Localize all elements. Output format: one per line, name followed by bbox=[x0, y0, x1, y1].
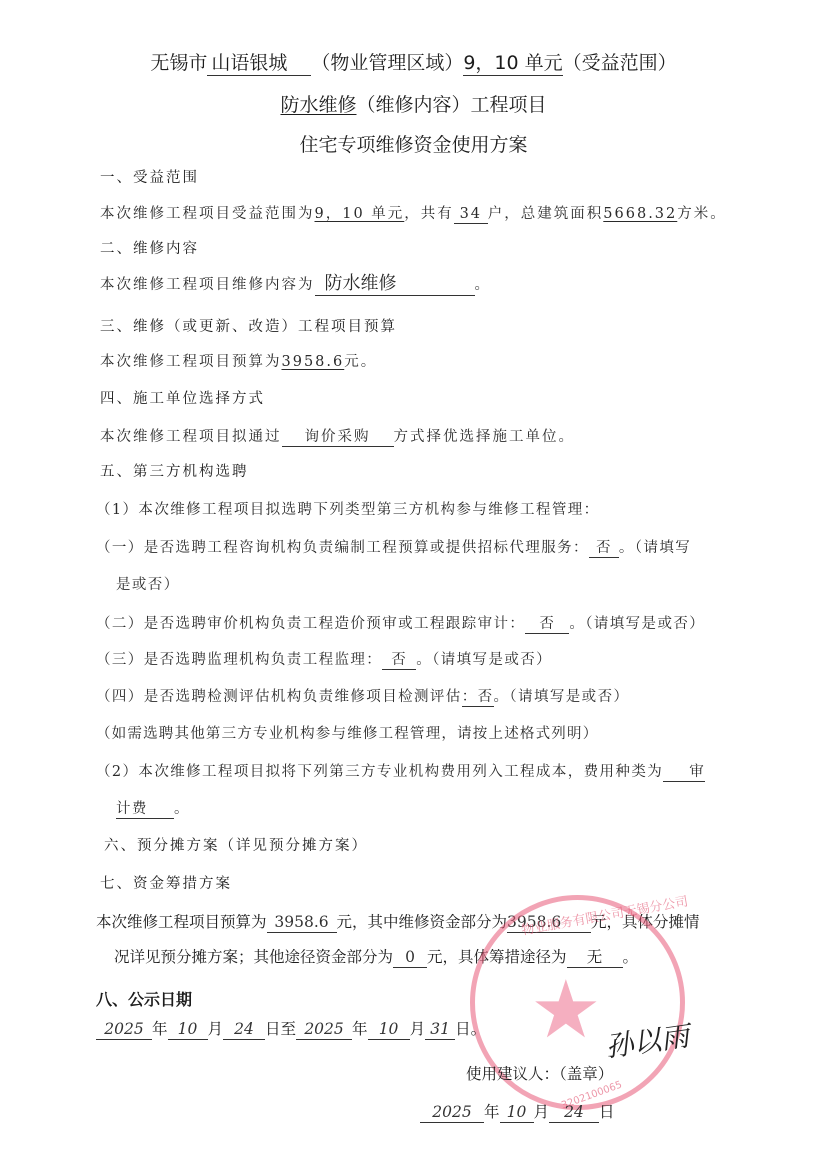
s7-line2-pre: 况详见预分摊方案；其他途径资金部分为 bbox=[114, 948, 393, 966]
q2-answer: 否 bbox=[525, 616, 569, 634]
sign-label-day: 日 bbox=[599, 1103, 615, 1121]
start-month: 10 bbox=[168, 1020, 208, 1040]
section-2-body: 本次维修工程项目维修内容为防水维修。 bbox=[100, 273, 491, 296]
q1-answer: 否 bbox=[589, 540, 619, 558]
q2-post: 。（请填写是或否） bbox=[569, 616, 705, 632]
item2-pre: （2）本次维修工程项目拟将下列第三方专业机构费用列入工程成本，费用种类为 bbox=[96, 764, 663, 780]
section-7-heading: 七、资金筹措方案 bbox=[100, 872, 232, 893]
s7-mid1: 元，其中维修资金部分为 bbox=[337, 913, 508, 931]
signer-label: 使用建议人：（盖章） bbox=[466, 1062, 613, 1084]
s1-mid1: ，共有 bbox=[404, 206, 454, 222]
s3-pre: 本次维修工程项目预算为 bbox=[100, 354, 282, 370]
sign-month: 10 bbox=[500, 1103, 534, 1123]
sign-label-month: 月 bbox=[534, 1103, 550, 1121]
section-4-body: 本次维修工程项目拟通过询价采购方式择优选择施工单位。 bbox=[100, 425, 575, 447]
s5-q2: （二）是否选聘审价机构负责工程造价预审或工程跟踪审计：否。（请填写是或否） bbox=[96, 612, 705, 634]
label-year: 年 bbox=[152, 1020, 168, 1038]
section-3-heading: 三、维修（或更新、改造）工程项目预算 bbox=[100, 315, 397, 336]
q1-pre: （一）是否选聘工程咨询机构负责编制工程预算或提供招标代理服务： bbox=[96, 540, 589, 556]
s7-budget: 3958.6 bbox=[267, 913, 337, 933]
end-month: 10 bbox=[368, 1020, 410, 1040]
s7-other-funds: 0 bbox=[393, 948, 427, 968]
s4-post: 方式择优选择施工单位。 bbox=[394, 429, 576, 445]
s2-content: 防水维修 bbox=[315, 273, 475, 296]
seal-star-icon: ★ bbox=[530, 970, 602, 1050]
signature-date: 2025年10月24日 bbox=[420, 1100, 615, 1123]
s5-item2-cont: 计费。 bbox=[116, 797, 190, 819]
item2-post: 。 bbox=[174, 801, 190, 817]
section-1-heading: 一、受益范围 bbox=[100, 166, 199, 187]
label-day-end: 日。 bbox=[455, 1020, 486, 1038]
s1-pre: 本次维修工程项目受益范围为 bbox=[100, 206, 315, 222]
sign-year: 2025 bbox=[420, 1103, 484, 1123]
document-title: 住宅专项维修资金使用方案 bbox=[0, 130, 827, 157]
label-day-to: 日至 bbox=[265, 1020, 296, 1038]
s1-households: 34 bbox=[454, 206, 488, 224]
q3-pre: （三）是否选聘监理机构负责工程监理： bbox=[96, 652, 382, 668]
benefit-label: （受益范围） bbox=[563, 52, 677, 74]
section-6-heading: 六、预分摊方案（详见预分摊方案） bbox=[104, 834, 368, 855]
q4-post: 。（请填写是或否） bbox=[494, 689, 630, 705]
end-year: 2025 bbox=[296, 1020, 352, 1040]
s5-q1-cont: 是或否） bbox=[116, 573, 180, 594]
sign-label-year: 年 bbox=[484, 1103, 500, 1121]
section-5-heading: 五、第三方机构选聘 bbox=[100, 460, 249, 481]
header-line-1: 无锡市山语银城（物业管理区域）9，10 单元（受益范围） bbox=[0, 48, 827, 76]
end-day: 31 bbox=[425, 1020, 455, 1040]
s2-post: 。 bbox=[475, 277, 492, 293]
item2-answer-part1: 审 bbox=[663, 764, 705, 782]
q1-post: 。（请填写 bbox=[619, 540, 691, 556]
s5-q3: （三）是否选聘监理机构负责工程监理：否。（请填写是或否） bbox=[96, 648, 552, 670]
s4-pre: 本次维修工程项目拟通过 bbox=[100, 429, 282, 445]
city-prefix: 无锡市 bbox=[150, 52, 207, 74]
property-name: 山语银城 bbox=[207, 52, 311, 76]
label-year-2: 年 bbox=[352, 1020, 368, 1038]
q2-pre: （二）是否选聘审价机构负责工程造价预审或工程跟踪审计： bbox=[96, 616, 525, 632]
s5-q4: （四）是否选聘检测评估机构负责维修项目检测评估：否。（请填写是或否） bbox=[96, 685, 629, 707]
s1-area: 5668.32 bbox=[603, 206, 677, 222]
repair-label: （维修内容）工程项目 bbox=[357, 94, 547, 116]
section-1-body: 本次维修工程项目受益范围为9，10 单元，共有34户，总建筑面积5668.32方… bbox=[100, 202, 727, 224]
item2-answer-part2: 计费 bbox=[116, 801, 174, 819]
q3-post: 。（请填写是或否） bbox=[416, 652, 552, 668]
s5-item2: （2）本次维修工程项目拟将下列第三方专业机构费用列入工程成本，费用种类为审 bbox=[96, 760, 705, 782]
section-2-heading: 二、维修内容 bbox=[100, 237, 199, 258]
start-day: 24 bbox=[223, 1020, 265, 1040]
s7-pre: 本次维修工程项目预算为 bbox=[96, 913, 267, 931]
s4-method: 询价采购 bbox=[282, 429, 394, 447]
s5-note: （如需选聘其他第三方专业机构参与维修工程管理，请按上述格式列明） bbox=[96, 722, 598, 743]
start-year: 2025 bbox=[96, 1020, 152, 1040]
doc-title: 住宅专项维修资金使用方案 bbox=[299, 134, 527, 156]
s1-mid2: 户，总建筑面积 bbox=[488, 206, 604, 222]
q4-pre: （四）是否选聘检测评估机构负责维修项目检测评估 bbox=[96, 689, 462, 705]
s3-budget: 3958.6 bbox=[282, 354, 345, 370]
section-3-body: 本次维修工程项目预算为3958.6元。 bbox=[100, 350, 377, 371]
property-label: （物业管理区域） bbox=[311, 52, 463, 74]
section-4-heading: 四、施工单位选择方式 bbox=[100, 387, 265, 408]
label-month-2: 月 bbox=[410, 1020, 426, 1038]
q4-answer: ：否 bbox=[462, 689, 494, 707]
header-line-2: 防水维修（维修内容）工程项目 bbox=[0, 90, 827, 117]
s5-q1: （一）是否选聘工程咨询机构负责编制工程预算或提供招标代理服务：否。（请填写 bbox=[96, 536, 691, 558]
announce-dates: 2025年10月24日至2025年10月31日。 bbox=[96, 1017, 486, 1040]
q3-answer: 否 bbox=[382, 652, 416, 670]
benefit-range: 9，10 单元 bbox=[463, 52, 562, 76]
s2-pre: 本次维修工程项目维修内容为 bbox=[100, 277, 315, 293]
repair-item: 防水维修 bbox=[280, 94, 356, 116]
s1-units: 9，10 单元 bbox=[315, 206, 405, 222]
section-8-heading: 八、公示日期 bbox=[96, 987, 192, 1010]
label-month: 月 bbox=[208, 1020, 224, 1038]
sign-day: 24 bbox=[549, 1103, 599, 1123]
s5-item1: （1）本次维修工程项目拟选聘下列类型第三方机构参与维修工程管理： bbox=[96, 498, 600, 519]
s1-post: 方米。 bbox=[677, 206, 727, 222]
s3-post: 元。 bbox=[344, 354, 377, 370]
